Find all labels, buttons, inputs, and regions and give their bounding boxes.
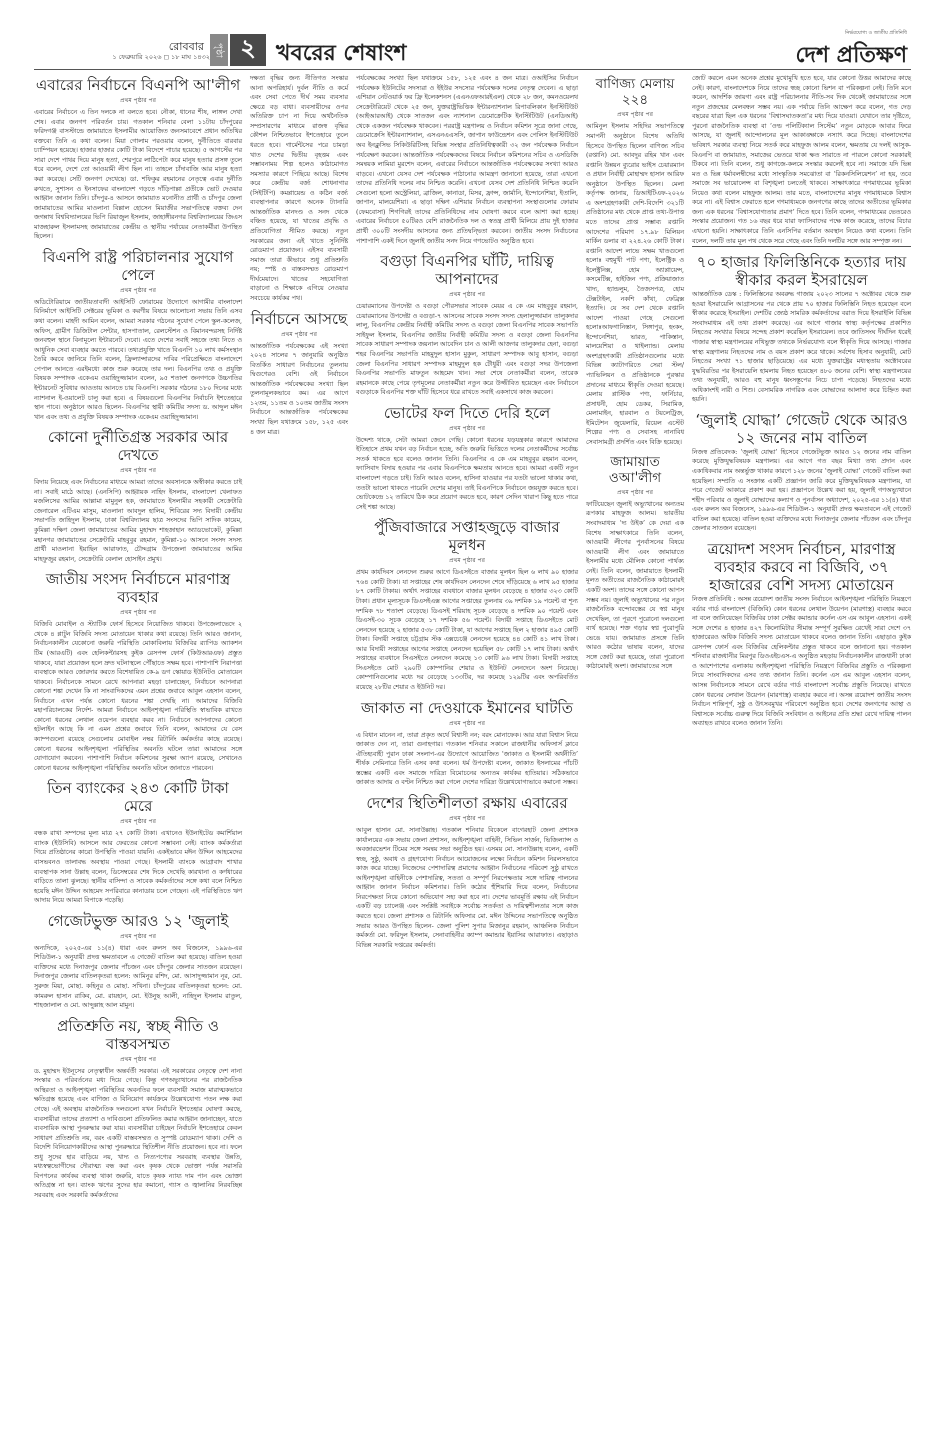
- article-body: আমিনুল ইসলাম সহিদির সভাপতিত্বে সমাপনী অন…: [586, 122, 684, 447]
- article-kicker: প্রথম পৃষ্ঠার পর: [34, 95, 242, 106]
- article-headline: দেশের স্থিতিশীলতা রক্ষায় এবারের: [356, 794, 578, 812]
- article-kicker: প্রথম পৃষ্ঠার পর: [586, 487, 684, 498]
- article: জামায়াত ওআ'লীগ প্রথম পৃষ্ঠার পর ফাটিয়ে…: [586, 454, 684, 673]
- brand-tagline: নির্ভরযোগ্য ও জাতীয় প্রতিনিধি: [795, 30, 907, 38]
- article-headline: নির্বাচনে আসছে: [250, 310, 348, 328]
- article-kicker: প্রথম পৃষ্ঠার পর: [356, 423, 578, 434]
- article: বগুড়া বিএনপির ঘাঁটি, দায়িত্ব আপনাদের প…: [356, 252, 578, 398]
- page-label: পৃষ্ঠা: [210, 34, 228, 66]
- article-kicker: প্রথম পৃষ্ঠার পর: [356, 813, 578, 824]
- article-body: অন্যদিকে, ২০২৫-এর ১১(৪) ধারা এবং রুলস অব…: [34, 944, 242, 1011]
- article-body: এ বিধান মানেন না, তারা প্রকৃত অর্থে বিশ্…: [356, 731, 578, 788]
- article: কোনো দুর্নীতিগ্রস্ত সরকার আর দেখতে প্রথম…: [34, 428, 242, 564]
- article-body: নিজস্ব প্রতিবেদক: ‘জুলাই যোদ্ধা’ হিসেবে …: [692, 448, 911, 534]
- page-number: ২: [230, 34, 266, 66]
- article: পুঁজিবাজারে সপ্তাহজুড়ে বাজার মূলধন প্রথ…: [356, 518, 578, 692]
- article-headline: পুঁজিবাজারে সপ্তাহজুড়ে বাজার মূলধন: [356, 518, 578, 554]
- newspaper-page: এবারের নির্বাচনে বিএনপি আ'লীগ প্রথম পৃষ্…: [34, 74, 911, 1444]
- column-2: দক্ষতা বৃদ্ধির জন্য নীতিগত সংস্কার আনা অ…: [250, 74, 348, 443]
- article-headline: গেজেটভুক্ত আরও ১২ 'জুলাই: [34, 912, 242, 930]
- article: গেজেটভুক্ত আরও ১২ 'জুলাই প্রথম পৃষ্ঠার প…: [34, 912, 242, 1011]
- column-5: জোট করলে এমন অনেক প্রশ্নের মুখোমুখি হতে …: [692, 74, 911, 735]
- article-kicker: প্রথম পৃষ্ঠার পর: [34, 816, 242, 827]
- article: দক্ষতা বৃদ্ধির জন্য নীতিগত সংস্কার আনা অ…: [250, 74, 348, 304]
- brand-logo: নির্ভরযোগ্য ও জাতীয় প্রতিনিধি দেশ প্রতি…: [795, 30, 907, 75]
- article-body: আবুল হাসান মো. সানাউল্লাহ। গতকাল শনিবার …: [356, 826, 578, 950]
- article-headline: জাতীয় সংসদ নির্বাচনে মারণাস্ত্র ব্যবহার: [34, 570, 242, 606]
- column-1: এবারের নির্বাচনে বিএনপি আ'লীগ প্রথম পৃষ্…: [34, 74, 242, 1207]
- article-kicker: প্রথম পৃষ্ঠার পর: [34, 465, 242, 476]
- article-headline: প্রতিশ্রুতি নয়, স্বচ্ছ নীতি ও বাস্তবসম্…: [34, 1017, 242, 1053]
- article-body: বন্ধক রাখা সম্পদের মূল্য মাত্র ২৭ কোটি ট…: [34, 829, 242, 906]
- article-body: পর্যবেক্ষকের সংখ্যা ছিল যথাক্রমে ১৫৮, ১২…: [356, 74, 578, 246]
- article-body: জোট করলে এমন অনেক প্রশ্নের মুখোমুখি হতে …: [692, 74, 911, 246]
- article-body: প্রথম কার্যদিবস লেনদেন শুরুর আগে ডিএসইতে…: [356, 568, 578, 692]
- article: জোট করলে এমন অনেক প্রশ্নের মুখোমুখি হতে …: [692, 74, 911, 247]
- article-kicker: প্রথম পৃষ্ঠার পর: [356, 289, 578, 300]
- article-body: চেয়ারম্যানের উপদেষ্টা ও বগুড়া পৌরসভার …: [356, 302, 578, 398]
- article-body: বিজিবি মোবাইল ও স্ট্যাটিক ফোর্স হিসেবে ন…: [34, 620, 242, 773]
- article-body: আন্তর্জাতিক পর্যবেক্ষকের এই সংখ্যা ২০২৪ …: [250, 342, 348, 438]
- article-headline: জামায়াত ওআ'লীগ: [586, 454, 684, 486]
- article: এবারের নির্বাচনে বিএনপি আ'লীগ প্রথম পৃষ্…: [34, 76, 242, 242]
- article-body: এবারের নির্বাচনে এ তিন দলকে না বলতে হবে।…: [34, 108, 242, 242]
- article: জাকাত না দেওয়াকে ইমানের ঘাটতি প্রথম পৃষ…: [356, 699, 578, 788]
- column-4: বাণিজ্য মেলায় ২২৪ প্রথম পৃষ্ঠার পর আমিন…: [586, 74, 684, 678]
- article: প্রতিশ্রুতি নয়, স্বচ্ছ নীতি ও বাস্তবসম্…: [34, 1017, 242, 1201]
- article-body: নিজস্ব প্রতিনিধি : অসন্ন ত্রয়োদশ জাতীয়…: [692, 595, 911, 729]
- masthead: রোববার ১ ফেব্রুয়ারি ২০২৬ ◻ ১৮ মাঘ ১৪৩২ …: [34, 30, 911, 70]
- column-3: পর্যবেক্ষকের সংখ্যা ছিল যথাক্রমে ১৫৮, ১২…: [356, 74, 578, 956]
- article: ভোটের ফল দিতে দেরি হলে প্রথম পৃষ্ঠার পর …: [356, 404, 578, 513]
- article: নির্বাচনে আসছে প্রথম পৃষ্ঠার পর আন্তর্জা…: [250, 310, 348, 438]
- section-title: খবরের শেষাংশ: [276, 36, 406, 73]
- article-headline: জাকাত না দেওয়াকে ইমানের ঘাটতি: [356, 699, 578, 717]
- article-headline: ভোটের ফল দিতে দেরি হলে: [356, 404, 578, 422]
- article: বিএনপি রাষ্ট্র পরিচালনার সুযোগ পেলে প্রথ…: [34, 248, 242, 422]
- article-kicker: প্রথম পৃষ্ঠার পর: [34, 607, 242, 618]
- article-kicker: প্রথম পৃষ্ঠার পর: [356, 555, 578, 566]
- masthead-date: ১ ফেব্রুয়ারি ২০২৬ ◻ ১৮ মাঘ ১৪৩২: [90, 52, 210, 63]
- article: ‘জুলাই যোদ্ধা’ গেজেট থেকে আরও ১২ জনের না…: [692, 411, 911, 534]
- article-headline: ত্রয়োদশ সংসদ নির্বাচন, মারণাস্ত্র ব্যবহ…: [692, 540, 911, 594]
- brand-name: দেশ প্রতিক্ষণ: [795, 38, 907, 75]
- article-body: ফাটিয়েছেন জুলাই অভ্যুত্থানের অন্যতম রূপ…: [586, 500, 684, 672]
- article-kicker: প্রথম পৃষ্ঠার পর: [250, 329, 348, 340]
- article-headline: বগুড়া বিএনপির ঘাঁটি, দায়িত্ব আপনাদের: [356, 252, 578, 288]
- article-kicker: প্রথম পৃষ্ঠার পর: [34, 285, 242, 296]
- article-headline: তিন ব্যাংকের ২৪৩ কোটি টাকা মেরে: [34, 779, 242, 815]
- article: তিন ব্যাংকের ২৪৩ কোটি টাকা মেরে প্রথম পৃ…: [34, 779, 242, 906]
- article-headline: বিএনপি রাষ্ট্র পরিচালনার সুযোগ পেলে: [34, 248, 242, 284]
- article: ত্রয়োদশ সংসদ নির্বাচন, মারণাস্ত্র ব্যবহ…: [692, 540, 911, 729]
- article-body: আন্তর্জাতিক ডেস্ক : ফিলিস্তিনের অবরুদ্ধ …: [692, 290, 911, 405]
- article: দেশের স্থিতিশীলতা রক্ষায় এবারের প্রথম প…: [356, 794, 578, 950]
- article-kicker: প্রথম পৃষ্ঠার পর: [586, 109, 684, 120]
- article: বাণিজ্য মেলায় ২২৪ প্রথম পৃষ্ঠার পর আমিন…: [586, 76, 684, 448]
- article: জাতীয় সংসদ নির্বাচনে মারণাস্ত্র ব্যবহার…: [34, 570, 242, 773]
- article: ৭০ হাজার ফিলিস্তিনিকে হত্যার দায় স্বীকা…: [692, 253, 911, 405]
- article-kicker: প্রথম পৃষ্ঠার পর: [34, 931, 242, 942]
- article-body: দক্ষতা বৃদ্ধির জন্য নীতিগত সংস্কার আনা অ…: [250, 74, 348, 304]
- article-headline: কোনো দুর্নীতিগ্রস্ত সরকার আর দেখতে: [34, 428, 242, 464]
- article-kicker: প্রথম পৃষ্ঠার পর: [34, 1054, 242, 1065]
- article-body: অডিটোরিয়ামে জাতীয়তাবাদী আইসিটি ফোরামের…: [34, 298, 242, 422]
- article-headline: ‘জুলাই যোদ্ধা’ গেজেট থেকে আরও ১২ জনের না…: [692, 411, 911, 447]
- article-body: বিদায় নিয়েছে এবং নির্বাচনের মাধ্যমে আম…: [34, 478, 242, 564]
- article-headline: এবারের নির্বাচনে বিএনপি আ'লীগ: [34, 76, 242, 94]
- article-headline: বাণিজ্য মেলায় ২২৪: [586, 76, 684, 108]
- article-body: ড. মুহাম্মদ ইউনূসের নেতৃত্বাধীন অন্তর্বর…: [34, 1067, 242, 1201]
- article-kicker: প্রথম পৃষ্ঠার পর: [356, 718, 578, 729]
- article-headline: ৭০ হাজার ফিলিস্তিনিকে হত্যার দায় স্বীকা…: [692, 253, 911, 289]
- article-body: উদ্দেশ্য থাকে, সেটা আমরা জেনে গেছি। কোনো…: [356, 436, 578, 513]
- article: পর্যবেক্ষকের সংখ্যা ছিল যথাক্রমে ১৫৮, ১২…: [356, 74, 578, 246]
